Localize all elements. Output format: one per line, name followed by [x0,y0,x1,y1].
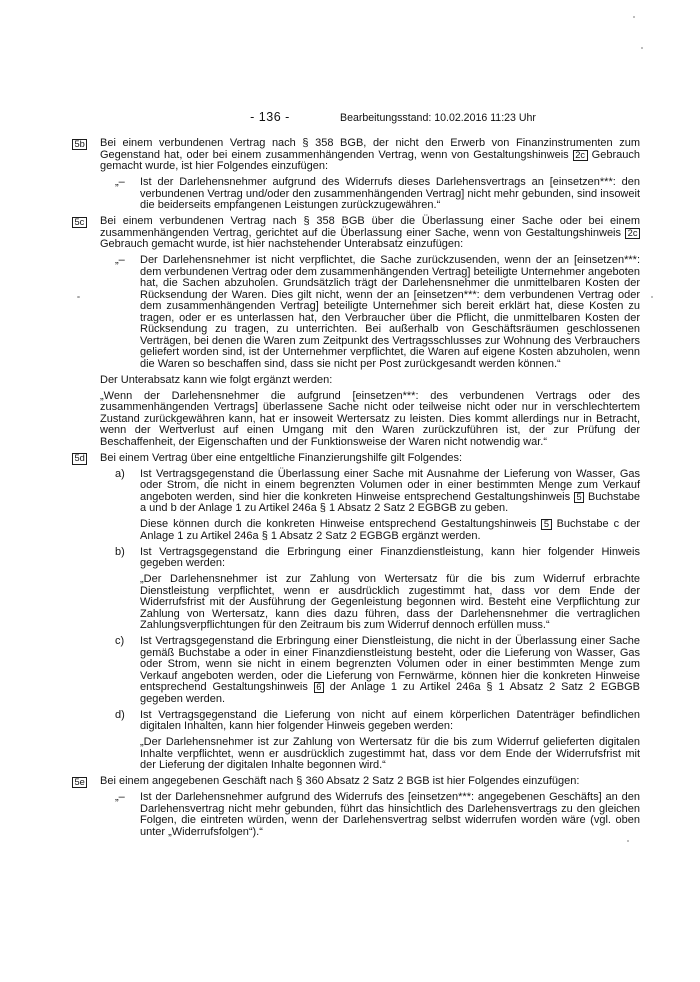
text-run: Bei einem verbundenen Vertrag nach § 358… [100,215,640,239]
margin-number-5d: 5d [72,453,87,465]
letter-marker: d) [115,710,140,733]
item-text: Der Darlehensnehmer ist nicht verpflicht… [140,255,640,370]
letter-marker: a) [115,469,140,515]
document-body: 5bBei einem verbundenen Vertrag nach § 3… [100,138,640,843]
dash-bullet-marker: „– [115,792,140,838]
text-run: Bei einem verbundenen Vertrag nach § 358… [100,137,640,161]
text-run: Diese können durch die konkreten Hinweis… [140,518,541,530]
text-run: Ist der Darlehensnehmer aufgrund des Wid… [140,791,640,838]
text-run: „Wenn der Darlehensnehmer die aufgrund [… [100,390,640,448]
dash-bullet-item: „–Der Darlehensnehmer ist nicht verpflic… [100,255,640,370]
edit-status-header: Bearbeitungsstand: 10.02.2016 11:23 Uhr [340,112,536,124]
dash-bullet-marker: „– [115,177,140,212]
boxed-reference: 6 [314,682,324,693]
item-text: Ist Vertragsgegenstand die Erbringung ei… [140,636,640,705]
dash-bullet-item: „–Ist der Darlehensnehmer aufgrund des W… [100,177,640,212]
text-run: Ist der Darlehensnehmer aufgrund des Wid… [140,176,640,211]
document-page: - 136 - Bearbeitungsstand: 10.02.2016 11… [0,0,700,982]
paragraph: „Wenn der Darlehensnehmer die aufgrund [… [100,391,640,449]
text-run: Gebrauch gemacht wurde, ist hier nachste… [100,238,463,250]
item-text: Ist Vertragsgegenstand die Überlassung e… [140,469,640,515]
scan-speck [641,47,643,49]
section-5e: 5eBei einem angegebenen Geschäft nach § … [100,776,640,788]
letter-marker: b) [115,547,140,570]
item-text: Ist der Darlehensnehmer aufgrund des Wid… [140,177,640,212]
boxed-reference: 2c [625,228,640,239]
letter-item-d: d)Ist Vertragsgegenstand die Lieferung v… [100,710,640,733]
margin-number-5b: 5b [72,139,87,151]
section-5c: 5cBei einem verbundenen Vertrag nach § 3… [100,216,640,251]
dash-bullet-item: „–Ist der Darlehensnehmer aufgrund des W… [100,792,640,838]
item-text: Ist der Darlehensnehmer aufgrund des Wid… [140,792,640,838]
letter-marker: c) [115,636,140,705]
margin-number-5e: 5e [72,777,87,789]
text-run: „Der Darlehensnehmer ist zur Zahlung von… [140,573,640,631]
margin-number-5c: 5c [72,217,87,229]
text-run: Bei einem Vertrag über eine entgeltliche… [100,452,462,464]
letter-item-a: a)Ist Vertragsgegenstand die Überlassung… [100,469,640,515]
paragraph: Der Unterabsatz kann wie folgt ergänzt w… [100,375,640,387]
dash-bullet-marker: „– [115,255,140,370]
item-text: Ist Vertragsgegenstand die Erbringung ei… [140,547,640,570]
text-run: „Der Darlehensnehmer ist zur Zahlung von… [140,736,640,771]
indented-paragraph: „Der Darlehensnehmer ist zur Zahlung von… [140,737,640,772]
indented-paragraph: „Der Darlehensnehmer ist zur Zahlung von… [140,574,640,632]
section-5d: 5dBei einem Vertrag über eine entgeltlic… [100,453,640,465]
indented-paragraph: Diese können durch die konkreten Hinweis… [140,519,640,542]
boxed-reference: 5 [574,492,584,503]
text-run: Ist Vertragsgegenstand die Überlassung e… [140,468,640,503]
boxed-reference: 5 [541,519,551,530]
page-number: - 136 - [238,110,302,124]
text-run: Der Darlehensnehmer ist nicht verpflicht… [140,254,640,370]
text-run: Ist Vertragsgegenstand die Lieferung von… [140,709,640,733]
scan-speck [627,840,629,842]
section-5b: 5bBei einem verbundenen Vertrag nach § 3… [100,138,640,173]
letter-item-b: b)Ist Vertragsgegenstand die Erbringung … [100,547,640,570]
boxed-reference: 2c [573,150,588,161]
text-run: Ist Vertragsgegenstand die Erbringung ei… [140,546,640,570]
scan-speck [651,296,653,298]
text-run: Der Unterabsatz kann wie folgt ergänzt w… [100,374,332,386]
item-text: Ist Vertragsgegenstand die Lieferung von… [140,710,640,733]
scan-speck [77,296,80,298]
scan-speck [633,16,635,18]
letter-item-c: c)Ist Vertragsgegenstand die Erbringung … [100,636,640,705]
text-run: Bei einem angegebenen Geschäft nach § 36… [100,775,579,787]
